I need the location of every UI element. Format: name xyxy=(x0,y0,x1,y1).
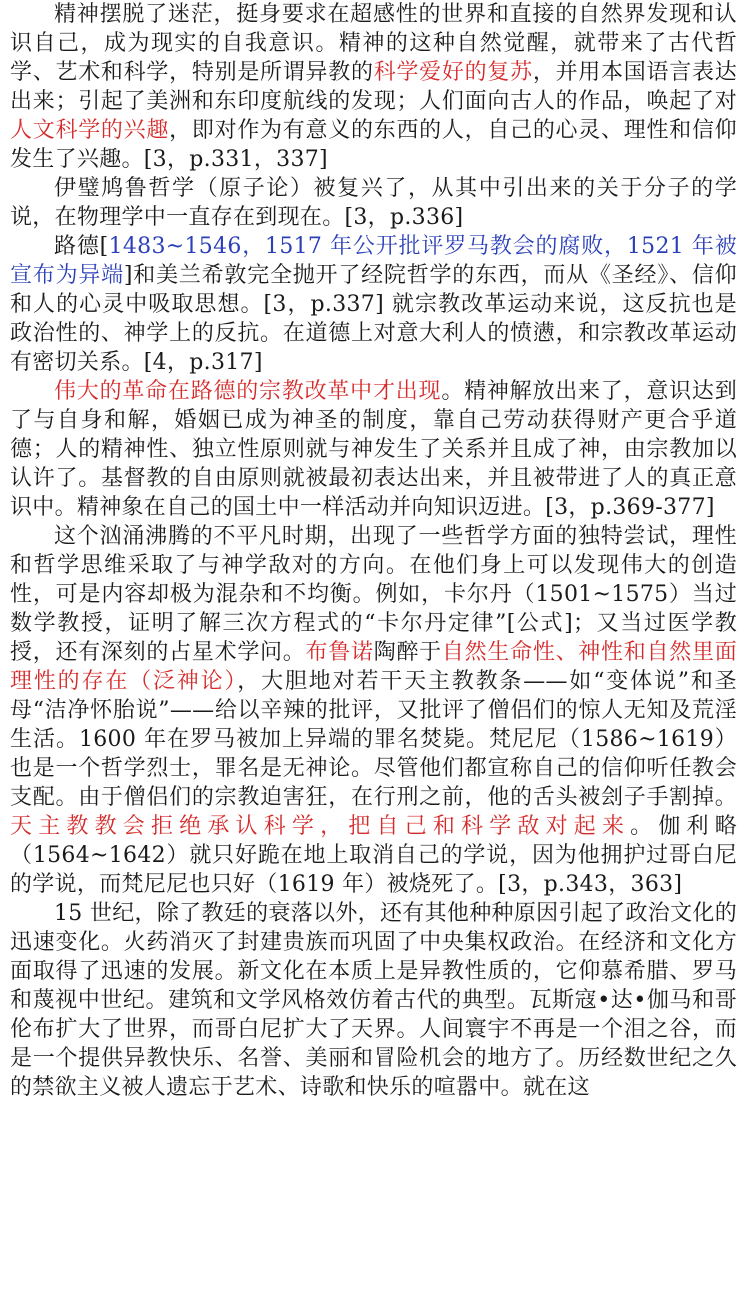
highlight-red: 布鲁诺 xyxy=(306,640,374,665)
document-page: 精神摆脱了迷茫，挺身要求在超感性的世界和直接的自然界发现和认识自己，成为现实的自… xyxy=(0,0,745,1102)
text-segment: 15 世纪，除了教廷的衰落以外，还有其他种种原因引起了政治文化的迅速变化。火药消… xyxy=(10,901,737,1100)
paragraph-luther: 路德[1483~1546，1517 年公开批评罗马教会的腐败，1521 年被宣布… xyxy=(10,232,737,377)
paragraph-philosophers: 这个汹涌沸腾的不平凡时期，出现了一些哲学方面的独特尝试，理性和哲学思维采取了与神… xyxy=(10,522,737,899)
highlight-red: 人文科学的兴趣 xyxy=(10,118,169,143)
highlight-red: 科学爱好的复苏 xyxy=(374,60,533,85)
paragraph-fifteenth-century: 15 世纪，除了教廷的衰落以外，还有其他种种原因引起了政治文化的迅速变化。火药消… xyxy=(10,899,737,1102)
text-segment: 陶醉于 xyxy=(374,640,442,665)
highlight-red: 伟大的革命在路德的宗教改革中才出现 xyxy=(54,379,441,404)
paragraph-reformation: 伟大的革命在路德的宗教改革中才出现。精神解放出来了，意识达到了与自身和解，婚姻已… xyxy=(10,377,737,522)
paragraph-renaissance-awakening: 精神摆脱了迷茫，挺身要求在超感性的世界和直接的自然界发现和认识自己，成为现实的自… xyxy=(10,0,737,174)
highlight-red: 天主教教会拒绝承认科学，把自己和科学敌对起来 xyxy=(10,814,630,839)
paragraph-epicurean: 伊璧鸠鲁哲学（原子论）被复兴了，从其中引出来的关于分子的学说，在物理学中一直存在… xyxy=(10,174,737,232)
text-segment: 伊璧鸠鲁哲学（原子论）被复兴了，从其中引出来的关于分子的学说，在物理学中一直存在… xyxy=(10,176,737,230)
text-segment: 路德[ xyxy=(54,234,109,259)
